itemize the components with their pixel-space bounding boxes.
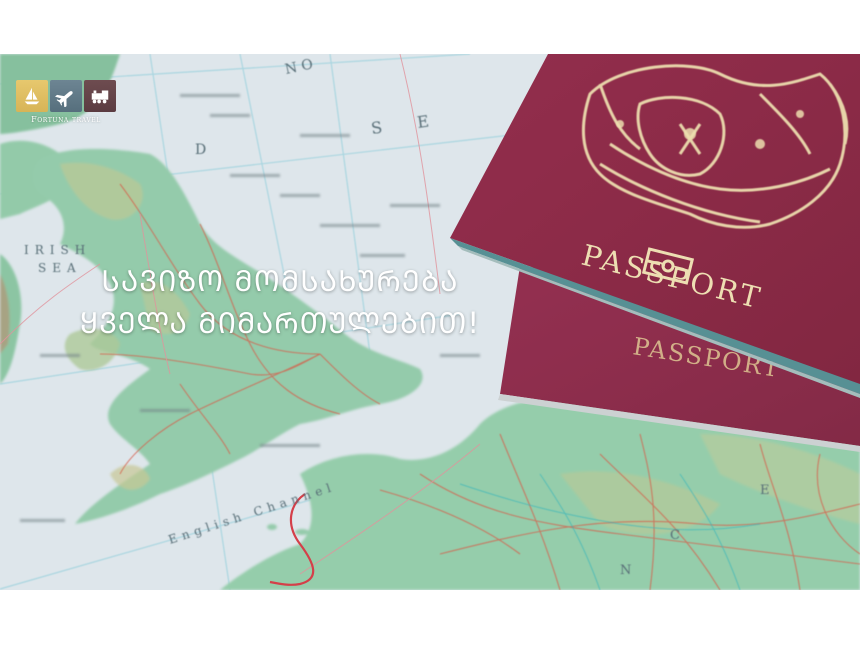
- headline-line-2: ᲧᲕᲔᲚᲐ ᲛᲘᲛᲐᲠᲗᲣᲚᲔᲑᲘᲗ!: [60, 302, 500, 344]
- hero-headline: ᲡᲐᲕᲘᲖᲝ ᲛᲝᲛᲡᲐᲮᲣᲠᲔᲑᲐ ᲧᲕᲔᲚᲐ ᲛᲘᲛᲐᲠᲗᲣᲚᲔᲑᲘᲗ!: [60, 260, 500, 344]
- brand-logo[interactable]: Fortuna travel: [16, 80, 120, 128]
- brand-name: Fortuna travel: [16, 115, 116, 124]
- airplane-icon: [50, 80, 82, 112]
- train-icon: [84, 80, 116, 112]
- hero-banner: N O S E D IRISH SEA English Channel C E …: [0, 54, 860, 590]
- sailboat-icon: [16, 80, 48, 112]
- headline-line-1: ᲡᲐᲕᲘᲖᲝ ᲛᲝᲛᲡᲐᲮᲣᲠᲔᲑᲐ: [60, 260, 500, 302]
